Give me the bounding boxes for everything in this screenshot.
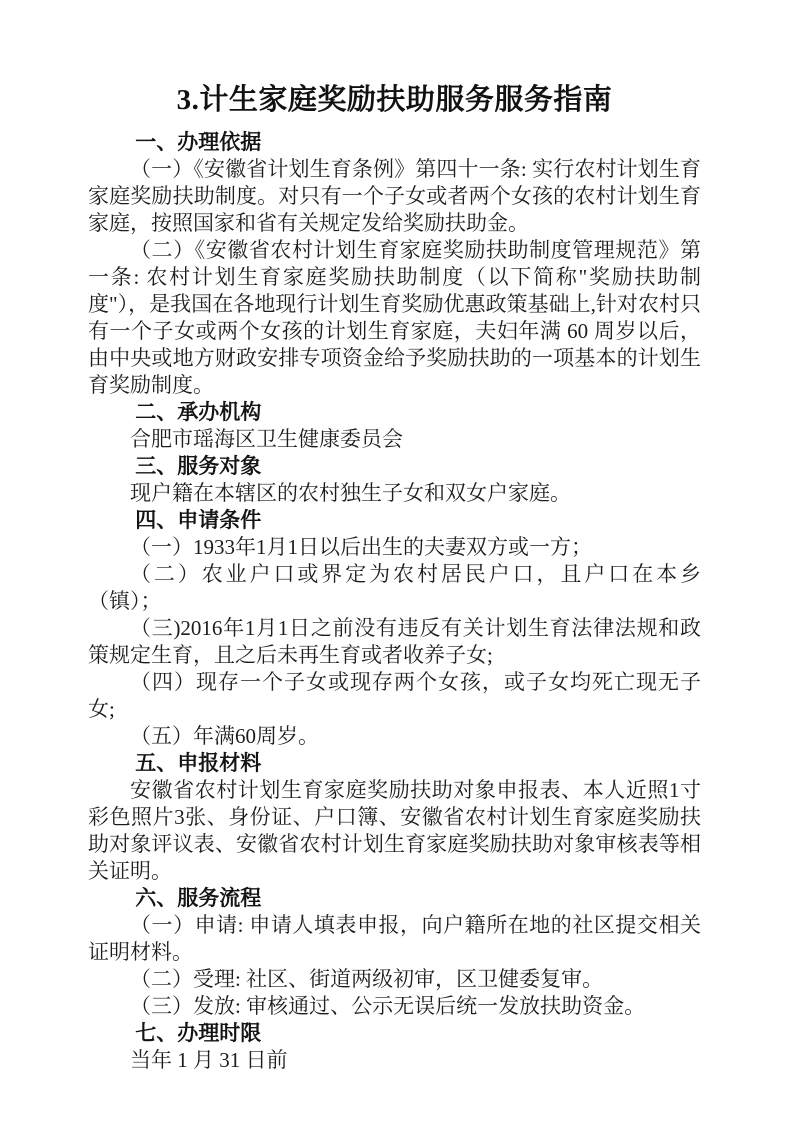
paragraph: （二）受理: 社区、街道两级初审，区卫健委复审。	[88, 966, 701, 993]
section-service-process: 六、服务流程 （一）申请: 申请人填表申报，向户籍所在地的社区提交相关证明材料。…	[88, 885, 701, 1020]
paragraph: 合肥市瑶海区卫生健康委员会	[88, 426, 701, 453]
section-service-target: 三、服务对象 现户籍在本辖区的农村独生子女和双女户家庭。	[88, 453, 701, 507]
paragraph: （五）年满60周岁。	[88, 723, 701, 750]
paragraph: 安徽省农村计划生育家庭奖励扶助对象申报表、本人近照1寸彩色照片3张、身份证、户口…	[88, 777, 701, 885]
paragraph: （四）现存一个子女或现存两个女孩，或子女均死亡现无子女;	[88, 669, 701, 723]
section-handling-basis: 一、办理依据 （一）《安徽省计划生育条例》第四十一条: 实行农村计划生育家庭奖励…	[88, 129, 701, 399]
section-declaration-materials: 五、申报材料 安徽省农村计划生育家庭奖励扶助对象申报表、本人近照1寸彩色照片3张…	[88, 750, 701, 885]
paragraph: 现户籍在本辖区的农村独生子女和双女户家庭。	[88, 480, 701, 507]
section-heading: 二、承办机构	[88, 399, 701, 426]
paragraph: 当年 1 月 31 日前	[88, 1047, 701, 1074]
section-undertaking-agency: 二、承办机构 合肥市瑶海区卫生健康委员会	[88, 399, 701, 453]
section-handling-time-limit: 七、办理时限 当年 1 月 31 日前	[88, 1020, 701, 1074]
paragraph: （二）农业户口或界定为农村居民户口，且户口在本乡（镇）；	[88, 561, 701, 615]
paragraph: （一）1933年1月1日以后出生的夫妻双方或一方；	[88, 534, 701, 561]
document-page: 3.计生家庭奖励扶助服务服务指南 一、办理依据 （一）《安徽省计划生育条例》第四…	[0, 0, 793, 1122]
section-heading: 七、办理时限	[88, 1020, 701, 1047]
section-heading: 五、申报材料	[88, 750, 701, 777]
document-title: 3.计生家庭奖励扶助服务服务指南	[88, 80, 701, 120]
section-application-conditions: 四、申请条件 （一）1933年1月1日以后出生的夫妻双方或一方； （二）农业户口…	[88, 507, 701, 750]
section-heading: 六、服务流程	[88, 885, 701, 912]
paragraph: （三）发放: 审核通过、公示无误后统一发放扶助资金。	[88, 993, 701, 1020]
paragraph: （一）申请: 申请人填表申报，向户籍所在地的社区提交相关证明材料。	[88, 912, 701, 966]
section-heading: 三、服务对象	[88, 453, 701, 480]
section-heading: 四、申请条件	[88, 507, 701, 534]
paragraph: （一）《安徽省计划生育条例》第四十一条: 实行农村计划生育家庭奖励扶助制度。对只…	[88, 156, 701, 237]
paragraph: （三)2016年1月1日之前没有违反有关计划生育法律法规和政策规定生育，且之后未…	[88, 615, 701, 669]
paragraph: （二）《安徽省农村计划生育家庭奖励扶助制度管理规范》第一条: 农村计划生育家庭奖…	[88, 237, 701, 399]
section-heading: 一、办理依据	[88, 129, 701, 156]
